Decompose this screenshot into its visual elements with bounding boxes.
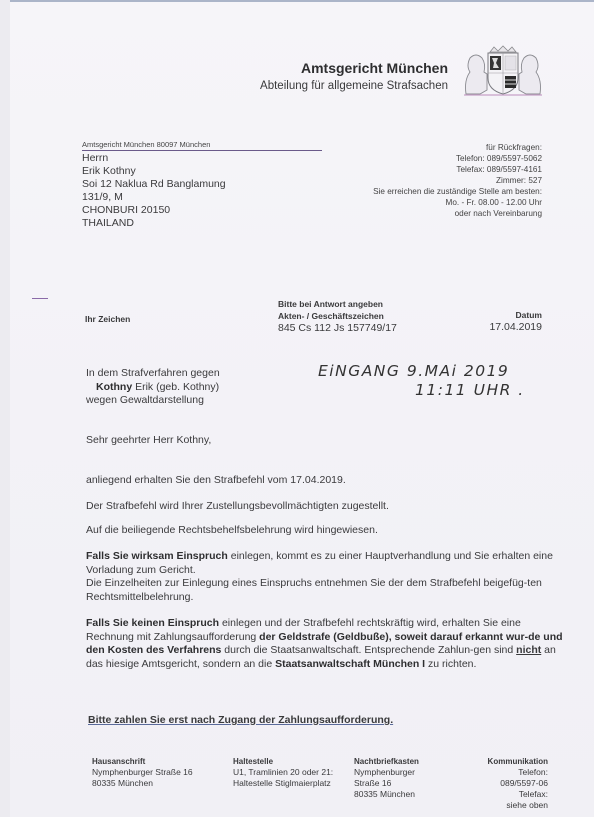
- bold-text: Falls Sie keinen Einspruch: [86, 617, 219, 629]
- recipient-line: CHONBURI 20150: [82, 204, 226, 217]
- recipient-line: Erik Kothny: [82, 165, 226, 178]
- text: Die Einzelheiten zur Einlegung eines Ein…: [86, 577, 566, 604]
- recipient-line: 131/9, M: [82, 191, 226, 204]
- footer-line: Telefax:: [480, 789, 548, 800]
- ihr-zeichen-label: Ihr Zeichen: [85, 314, 130, 324]
- footer-haltestelle: Haltestelle U1, Tramlinien 20 oder 21: H…: [233, 756, 333, 789]
- defendant-surname: Kothny: [96, 381, 132, 393]
- paragraph-enclosure: anliegend erhalten Sie den Strafbefehl v…: [86, 474, 346, 488]
- contact-line: Zimmer: 527: [360, 175, 542, 186]
- court-name: Amtsgericht München: [282, 60, 448, 76]
- case-block: In dem Strafverfahren gegen Kothny Erik …: [86, 367, 220, 408]
- footer-line: Straße 16: [354, 778, 419, 789]
- contact-line: Mo. - Fr. 08.00 - 12.00 Uhr: [360, 197, 542, 208]
- contact-line: oder nach Vereinbarung: [360, 208, 542, 219]
- sender-return-address: Amtsgericht München 80097 München: [82, 140, 322, 151]
- page-top-edge: [0, 0, 594, 2]
- file-number-label: Akten- / Geschäftszeichen: [278, 311, 384, 321]
- salutation: Sehr geehrter Herr Kothny,: [86, 434, 211, 448]
- footer-hausanschrift: Hausanschrift Nymphenburger Straße 16 80…: [92, 756, 193, 789]
- footer-heading: Nachtbriefkasten: [354, 756, 419, 767]
- bold-text: Falls Sie wirksam Einspruch: [86, 550, 228, 562]
- footer-heading: Kommunikation: [480, 756, 548, 767]
- contact-line: für Rückfragen:: [360, 142, 542, 153]
- paragraph-service: Der Strafbefehl wird Ihrer Zustellungsbe…: [86, 500, 389, 514]
- date-label: Datum: [500, 310, 542, 320]
- contact-info: für Rückfragen: Telefon: 089/5597-5062 T…: [360, 142, 542, 219]
- footer-line: 80335 München: [92, 778, 193, 789]
- footer-line: Haltestelle Stiglmaierplatz: [233, 778, 333, 789]
- receipt-date: EiNGANG 9.MAi 2019: [318, 362, 525, 381]
- bavarian-coat-of-arms-icon: [460, 44, 546, 98]
- recipient-line: THAILAND: [82, 217, 226, 230]
- text: durch die Staatsanwaltschaft. Entspreche…: [221, 644, 516, 656]
- case-intro: In dem Strafverfahren gegen: [86, 367, 220, 381]
- footer-kommunikation: Kommunikation Telefon: 089/5597-06 Telef…: [480, 756, 548, 811]
- file-number: 845 Cs 112 Js 157749/17: [278, 322, 397, 334]
- case-offense: wegen Gewaltdarstellung: [86, 394, 220, 408]
- paragraph-no-objection: Falls Sie keinen Einspruch einlegen und …: [86, 617, 566, 671]
- footer-line: 80335 München: [354, 789, 419, 800]
- footer-line: Telefon:: [480, 767, 548, 778]
- recipient-line: Soi 12 Naklua Rd Banglamung: [82, 178, 226, 191]
- footer-nachtbriefkasten: Nachtbriefkasten Nymphenburger Straße 16…: [354, 756, 419, 800]
- recipient-address: Herrn Erik Kothny Soi 12 Naklua Rd Bangl…: [82, 152, 226, 230]
- reply-reference-note: Bitte bei Antwort angeben: [278, 299, 383, 309]
- contact-line: Telefax: 089/5597-4161: [360, 164, 542, 175]
- footer-line: Nymphenburger Straße 16: [92, 767, 193, 778]
- footer-heading: Hausanschrift: [92, 756, 193, 767]
- footer-line: Nymphenburger: [354, 767, 419, 778]
- court-department: Abteilung für allgemeine Strafsachen: [260, 80, 448, 92]
- fold-mark: [32, 298, 48, 299]
- bold-text: Staatsanwaltschaft München I: [275, 658, 425, 670]
- contact-line: Sie erreichen die zuständige Stelle am b…: [360, 186, 542, 197]
- footer-heading: Haltestelle: [233, 756, 333, 767]
- letter-page: Amtsgericht München Abteilung für allgem…: [0, 0, 594, 817]
- footer-line: 089/5597-06: [480, 778, 548, 789]
- payment-notice: Bitte zahlen Sie erst nach Zugang der Za…: [88, 714, 393, 728]
- text: zu richten.: [425, 658, 476, 670]
- defendant-given-name: Erik (geb. Kothny): [132, 381, 219, 393]
- footer-line: U1, Tramlinien 20 oder 21:: [233, 767, 333, 778]
- receipt-time: 11:11 UHR .: [318, 381, 525, 400]
- letter-date: 17.04.2019: [470, 321, 542, 333]
- page-left-edge: [0, 0, 10, 817]
- contact-line: Telefon: 089/5597-5062: [360, 153, 542, 164]
- footer-line: siehe oben: [480, 800, 548, 811]
- paragraph-objection: Falls Sie wirksam Einspruch einlegen, ko…: [86, 550, 566, 604]
- handwritten-receipt-note: EiNGANG 9.MAi 2019 11:11 UHR .: [318, 362, 525, 400]
- recipient-line: Herrn: [82, 152, 226, 165]
- paragraph-legal-notice: Auf die beiliegende Rechtsbehelfsbelehru…: [86, 524, 378, 538]
- underlined-text: nicht: [516, 644, 541, 656]
- defendant: Kothny Erik (geb. Kothny): [86, 381, 220, 395]
